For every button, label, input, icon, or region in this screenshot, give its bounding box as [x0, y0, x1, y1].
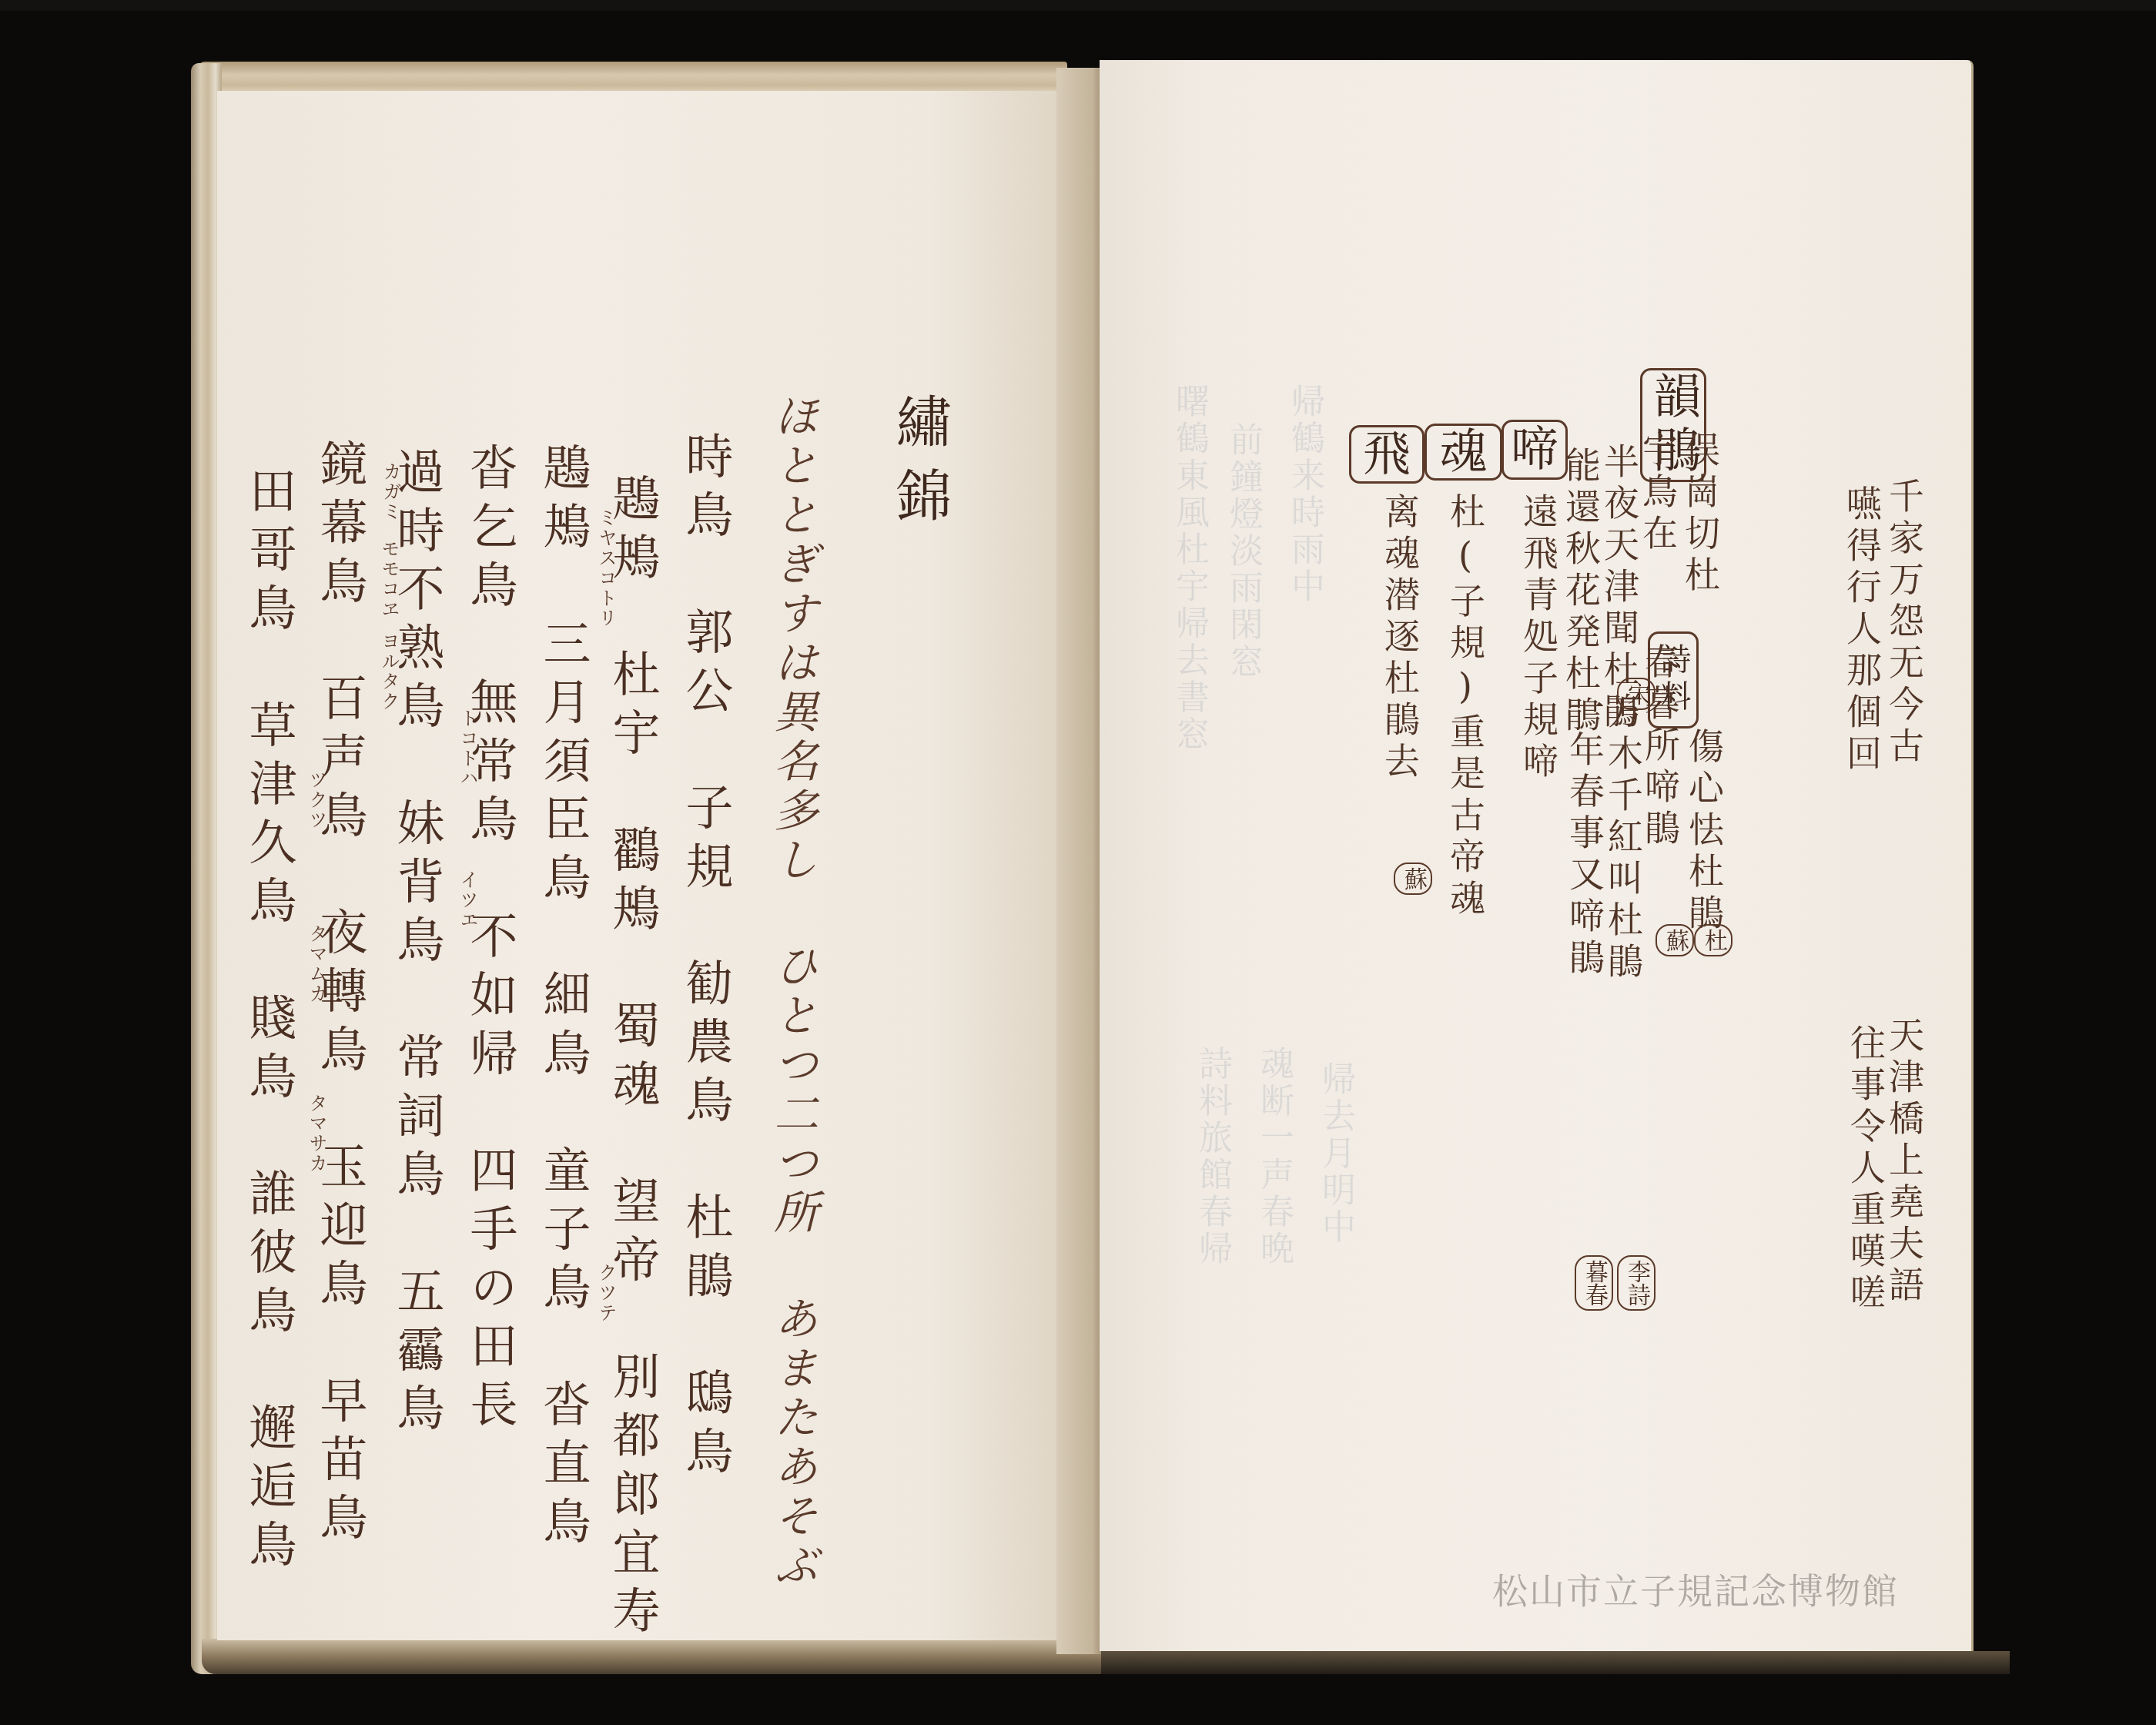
ruby-annotation: モモコヱ [376, 539, 403, 619]
ruby-annotation: トコトハ [454, 708, 481, 789]
poem-column-15: 往事令人重嘆嗟 [1848, 1024, 1883, 1315]
ruby-annotation: ヨルタク [376, 631, 403, 712]
show-through-text: 帰去月明中 [1315, 1061, 1355, 1462]
ruby-annotation: タマムカ [303, 924, 330, 1004]
ruby-annotation: タマサカ [303, 1094, 330, 1174]
source-note: 暮春 [1575, 1255, 1613, 1311]
source-note: 蘇 [1655, 924, 1694, 956]
ruby-annotation: イツエ [454, 870, 481, 930]
poem-column-1: 千家万怨无今古 [1886, 477, 1922, 769]
poem-column-14: 天津橋上堯夫語 [1886, 1017, 1922, 1308]
poem-column-2: 嚥得行人那個回 [1844, 485, 1880, 776]
poem-column-12: 杜(子規)重是古帝魂 [1448, 493, 1483, 921]
right-page-bottom-shadow [1101, 1651, 2010, 1674]
poem-column-8: 万木千紅叫杜鵑 [1605, 693, 1641, 984]
museum-watermark: 松山市立子規記念博物館 [1492, 1563, 1899, 1614]
bird-name-column-1: 時鳥 郭公 子規 勧農鳥 杜鵑 鴟鳥 [681, 431, 729, 1485]
heading-box-cry: 啼 [1501, 420, 1568, 480]
source-note: 杜 [1694, 924, 1732, 956]
right-page: 曙鶴東風杜宇帰去書窓 前鐘燈淡雨閑窓 帰鶴来時雨中 詩料旅館春帰 魂断一声春晩 … [1100, 60, 1974, 1651]
poem-column-4: 傷心怯杜鵑 [1686, 728, 1722, 936]
heading-box-soul: 魂 [1424, 424, 1502, 481]
bird-name-column-2: 鶗鴂 杜宇 鸐鴂 蜀魂 望帝 別都郎宜寿 [608, 474, 656, 1644]
poem-column-3: 俣崗切杜 [1682, 431, 1718, 598]
ruby-annotation: カガミ [377, 462, 404, 522]
bird-name-column-7: 田哥鳥 草津久鳥 賤鳥 誰彼鳥 邂逅鳥 [245, 466, 293, 1578]
source-note: 李詩 [1617, 1255, 1655, 1311]
poem-column-11: 遠飛青処子規啼 [1521, 493, 1556, 784]
show-through-text: 帰鶴来時雨中 [1284, 384, 1324, 923]
poem-column-6: 春暮所啼鵑 [1642, 643, 1678, 851]
heading-box-fly: 飛 [1349, 425, 1424, 484]
source-note: 宋 [1617, 678, 1655, 710]
source-note: 蘇 [1394, 862, 1432, 895]
kana-intro-line: ほととぎすは異名多し ひとつ二つ所 あまたあそぶ [770, 393, 815, 1591]
poem-column-5: 宇鳥在 [1640, 431, 1676, 556]
bird-name-column-3: 鶗鴂 三月須臣鳥 細鳥 童子鳥 沓直鳥 [539, 443, 587, 1555]
binding-gutter [1056, 68, 1101, 1654]
ruby-annotation: ミヤスコトリ [593, 508, 620, 628]
show-through-text: 魂断一声春晩 [1254, 1046, 1294, 1446]
ruby-annotation: クツテ [593, 1263, 620, 1323]
ruby-annotation: ツクツ [303, 770, 330, 830]
poem-column-13: 离魂潜逐杜鵑去 [1382, 493, 1418, 784]
bird-name-column-4: 沓乞鳥 無常鳥 不如帰 四手の田長 [466, 443, 514, 1438]
show-through-text: 前鐘燈淡雨閑窓 [1223, 422, 1263, 961]
show-through-text: 曙鶴東風杜宇帰去書窓 [1169, 384, 1209, 923]
open-manuscript-book: 曙鶴東風杜宇帰去書窓 前鐘燈淡雨閑窓 帰鶴来時雨中 詩料旅館春帰 魂断一声春晩 … [0, 0, 2156, 1725]
poem-column-10: 一年春事又啼鵑 [1567, 689, 1602, 980]
left-page-title: 繡錦 [892, 393, 947, 541]
show-through-text: 詩料旅館春帰 [1192, 1046, 1232, 1446]
